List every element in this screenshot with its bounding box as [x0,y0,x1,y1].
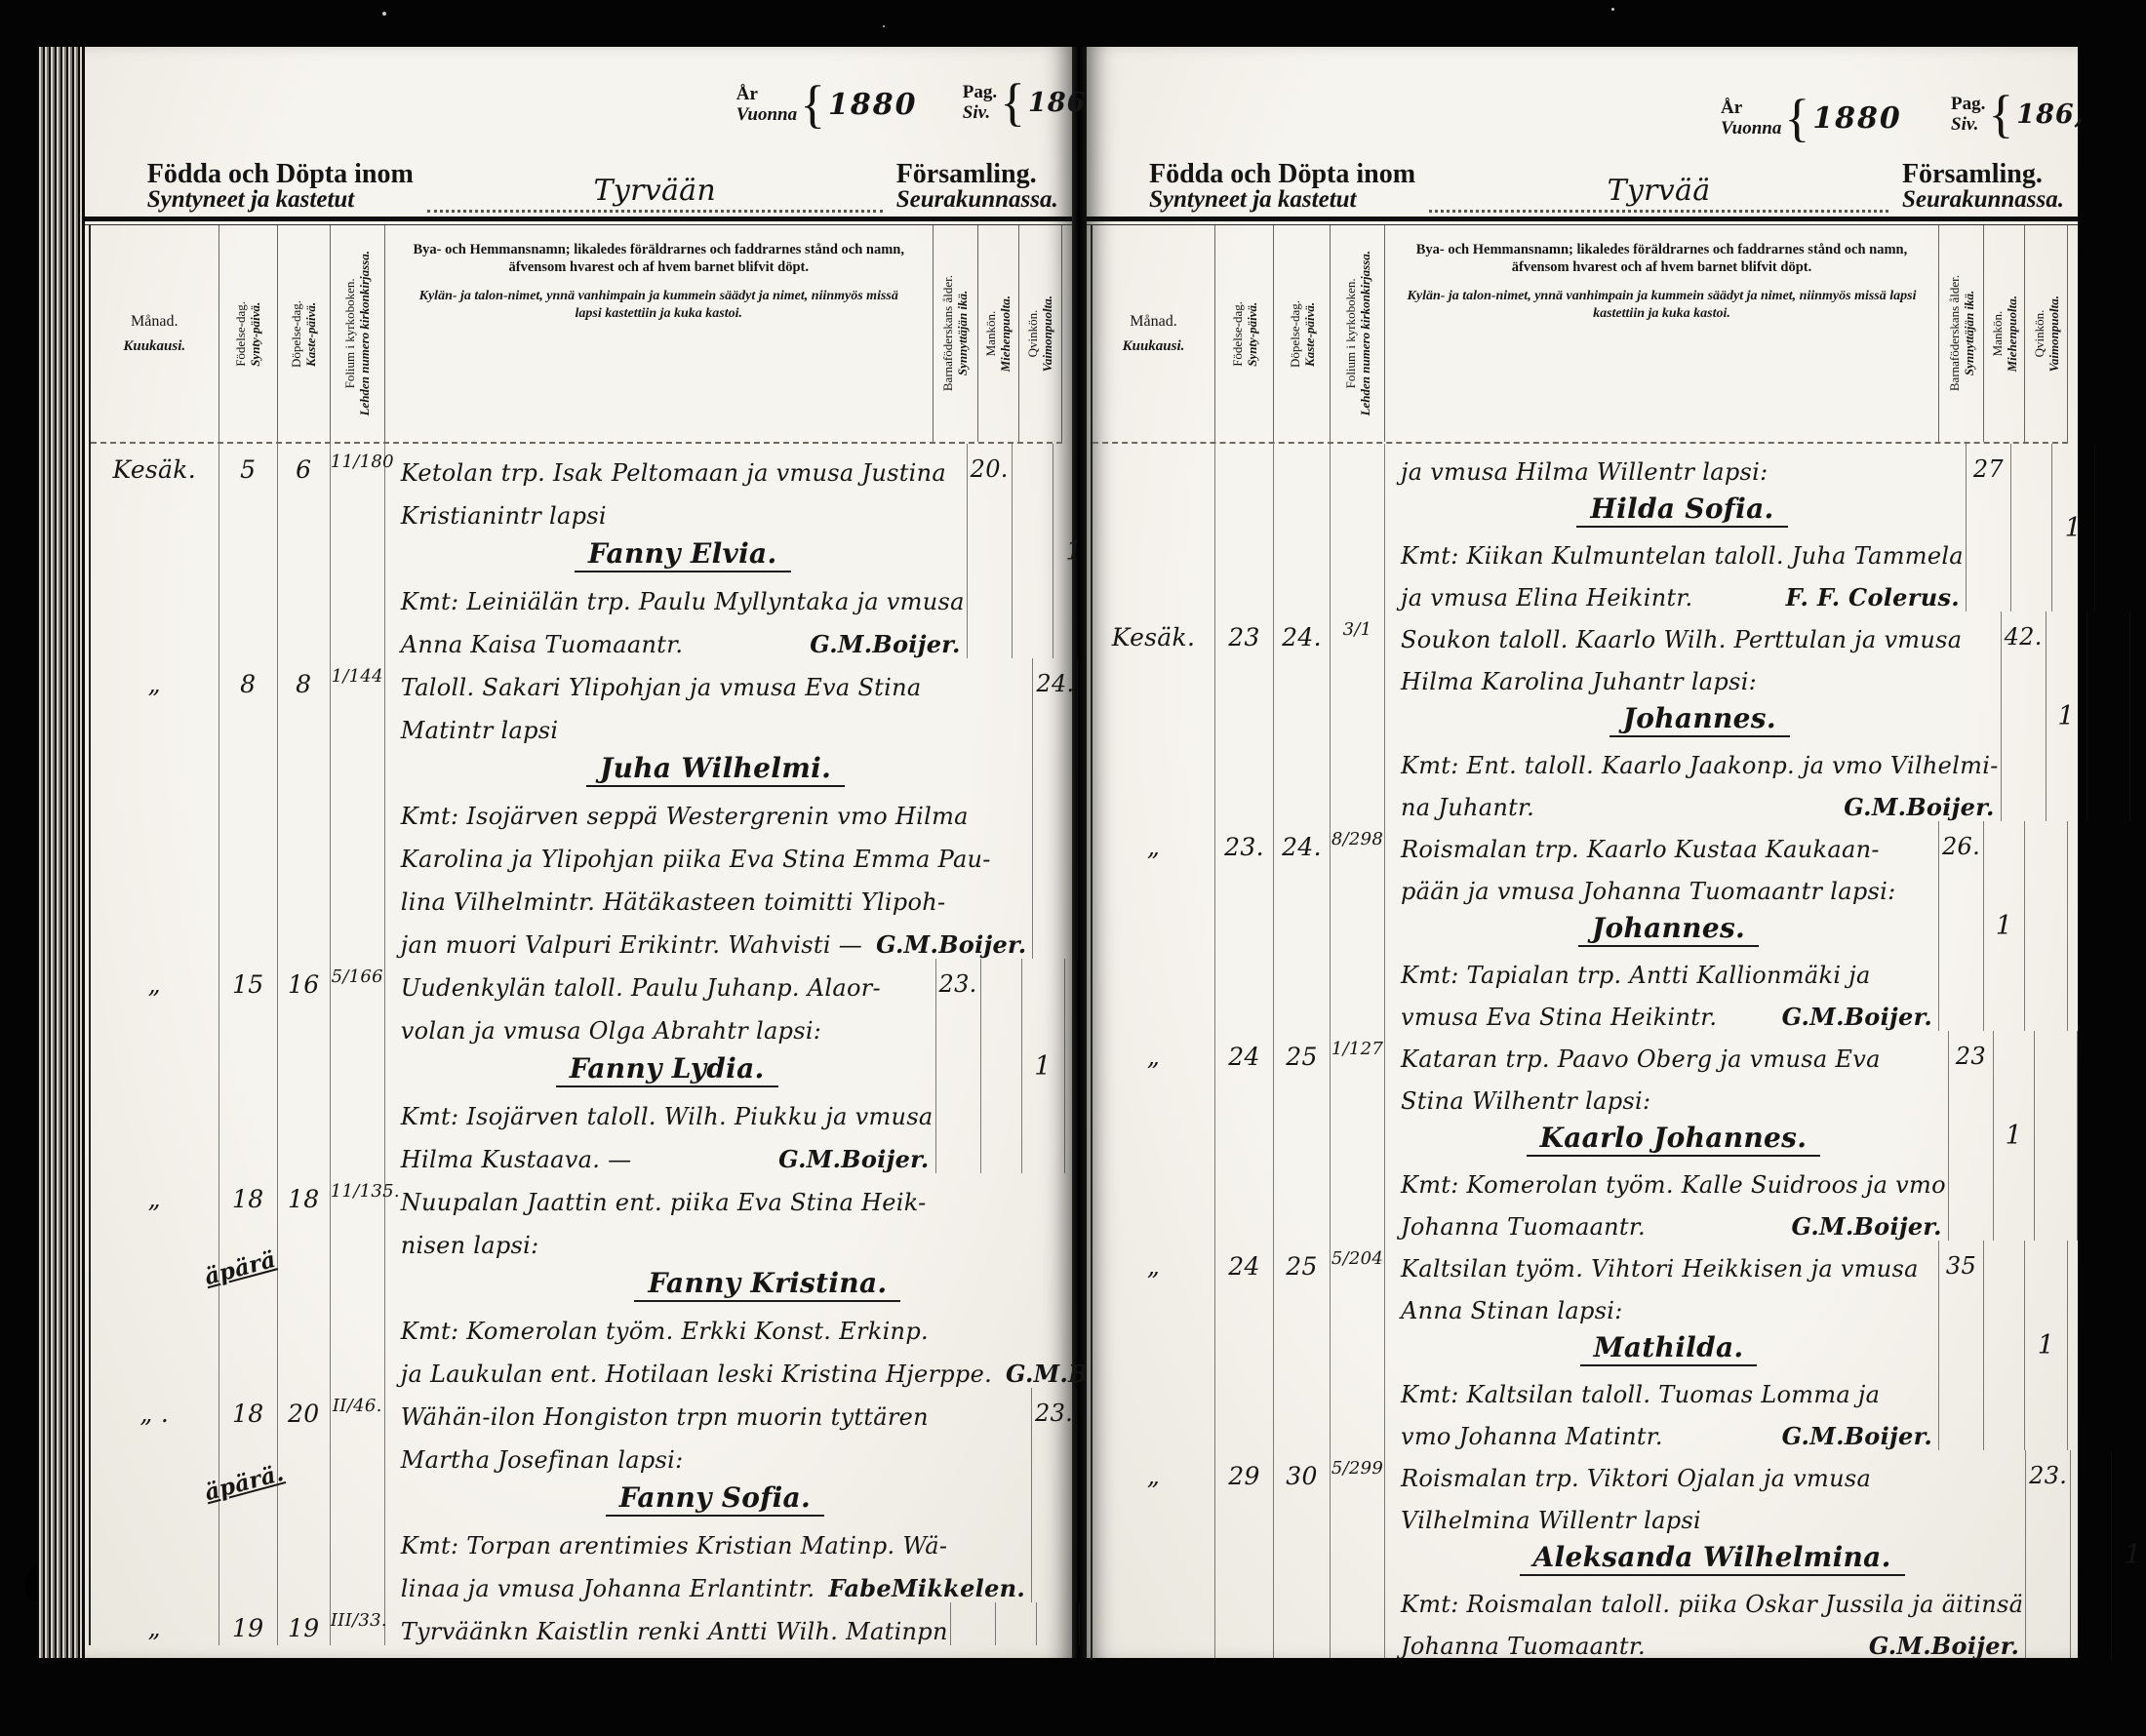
col-age-sv: Barnaföderskans ålder. [1947,275,1962,391]
entry-line: Ketolan trp. Isak Peltomaan ja vmusa Jus… [401,444,965,487]
page-number-labels: Pag. Siv. [963,82,997,123]
entry-main-text: Ketolan trp. Isak Peltomaan ja vmusa Jus… [385,444,968,658]
col-header-baptism-day: Döpelse-dag. Kaste-päivä. [1274,225,1331,442]
register-entry-row: ja vmusa Hilma Willentr lapsi:Hilda Sofi… [1093,444,2068,612]
entry-line: ja Laukulan ent. Hotilaan leski Kristina… [401,1345,1134,1388]
year-label-sv: År [1721,98,1781,118]
entry-female-tally: 1 [1022,959,1065,1173]
col-header-month: Månad. Kuukausi. [1093,225,1215,442]
vertical-label: Födelse-dag. Synty-päivä. [233,301,262,367]
entry-line-text: Kaarlo Johannes. [1527,1122,1821,1157]
entry-main-text: Roismalan trp. Kaarlo Kustaa Kaukaan-pää… [1385,821,1939,1031]
scan-speck [883,25,885,27]
table-header: Månad. Kuukausi. Födelse-dag. Synty-päiv… [1093,225,2068,444]
col-male-sv: Mankön. [1990,296,2005,372]
entry-month: „ [1093,1031,1215,1241]
entry-baptism-day: 25 [1274,1031,1331,1241]
year-label-fi: Vuonna [736,104,797,125]
entry-baptism-day: 16 [278,959,331,1173]
entry-line: Karolina ja Ylipohjan piika Eva Stina Em… [401,830,1031,873]
vertical-label: Barnaföderskans ålder. Synnyttäjän ikä. [940,275,970,391]
entry-line: Kmt: Torpan arentimies Kristian Matinp. … [401,1517,1029,1559]
col-folio-sv: Folium i kyrkoboken. [1343,251,1358,415]
col-female-fi: Vaimonpuolta. [2047,296,2061,372]
entry-line: Nuupalan Jaattin ent. piika Eva Stina He… [401,1173,1134,1216]
entry-mother-age: 42. [2002,612,2047,821]
col-birth-sv: Födelse-dag. [233,301,248,367]
title-fi: Syntyneet ja kastetut [1149,187,1415,213]
entry-line-text: Kristianintr lapsi [401,502,607,530]
vertical-label: Mankön. Miehenpuolta. [983,296,1013,372]
entry-line: Kmt: Komerolan työm. Erkki Konst. Erkinp… [401,1302,1134,1345]
entry-line-signature: FabeMikkelen. [828,1574,1029,1602]
entry-line: Juha Wilhelmi. [401,744,1031,787]
heavy-rule [85,217,1072,225]
entry-mother-age: 24. [1033,658,1078,959]
entry-line: pään ja vmusa Johanna Tuomaantr lapsi: [1401,863,1936,905]
vertical-label: Döpelse-dag. Kaste-päivä. [1288,300,1317,368]
entry-month: „ [91,658,219,959]
entry-female-tally [2025,821,2068,1031]
right-page: År Vuonna 1880 Pag. Siv. 186, Födda och … [1087,47,2078,1658]
parish-blank-line: Tyrvään [427,165,883,213]
entry-line-text: Hilda Sofia. [1576,493,1787,528]
col-age-sv: Barnaföderskans ålder. [940,275,955,391]
entry-line: Mathilda. [1401,1324,1936,1366]
entry-line: Anna Kaisa Tuomaantr.G.M.Boijer. [401,615,965,658]
entry-main-text: Kataran trp. Paavo Oberg ja vmusa EvaSti… [1385,1031,1949,1241]
table-header: Månad. Kuukausi. Födelse-dag. Synty-päiv… [91,225,1062,444]
year-value: 1880 [1812,101,1902,136]
entry-month [1093,444,1215,612]
entry-line-text: Karolina ja Ylipohjan piika Eva Stina Em… [401,846,991,873]
entry-baptism-day: 30 [1274,1450,1331,1660]
entry-male-tally: 1 [2047,612,2087,821]
entry-line: Soukon taloll. Kaarlo Wilh. Perttulan ja… [1401,612,1999,653]
entry-line: linaa ja vmusa Johanna Erlantintr.FabeMi… [401,1559,1029,1602]
col-folio-sv: Folium i kyrkoboken. [342,251,357,415]
entry-folio-ref: II/46. [331,1388,385,1602]
col-folio-fi: Lehden numero kirkonkirjassa. [1358,251,1372,415]
entry-main-text: Soukon taloll. Kaarlo Wilh. Perttulan ja… [1385,612,2002,821]
title-left: Födda och Döpta inom Syntyneet ja kastet… [147,162,414,213]
entry-male-tally [2011,444,2052,612]
entry-line: Hilma Kustaava. —G.M.Boijer. [401,1130,934,1173]
entry-line: Kmt: Isojärven seppä Westergrenin vmo Hi… [401,787,1031,830]
entry-line: vmo Johanna Matintr.G.M.Boijer. [1401,1408,1936,1450]
col-header-description: Bya- och Hemmansnamn; likaledes föräldra… [385,225,934,442]
col-header-male: Mankön. Miehenpuolta. [978,225,1019,442]
entry-line-text: Johannes. [1609,702,1790,737]
entry-line: Kmt: Kiikan Kulmuntelan taloll. Juha Tam… [1401,528,1964,570]
scan-speck [1611,8,1614,11]
entry-line-text: Martha Josefinan lapsi: [401,1446,684,1474]
entry-line-text: Johanna Tuomaantr. [1401,1213,1646,1241]
entry-line: Kaarlo Johannes. [1401,1115,1946,1157]
brace-glyph [800,80,825,129]
col-header-birth-day: Födelse-dag. Synty-päivä. [1215,225,1274,442]
col-month-fi: Kuukausi. [1093,338,1214,355]
col-header-male: Mankön. Miehenpuolta. [1984,225,2025,442]
entry-line-signature: G.M.Boijer. [1869,1632,2023,1660]
entry-folio-ref: 11/135. [331,1173,385,1388]
entry-line-text: Vilhelmina Willentr lapsi [1401,1507,1701,1534]
entry-line: Johannes. [1401,905,1936,947]
vertical-label: Födelse-dag. Synty-päivä. [1230,301,1259,367]
col-header-folio: Folium i kyrkoboken. Lehden numero kirko… [331,225,385,442]
parish-label-sv: Församling. [1902,162,2064,187]
col-birth-sv: Födelse-dag. [1230,301,1245,367]
entry-line: Fanny Sofia. [401,1474,1029,1517]
col-header-female: Qvinkön. Vaimonpuolta. [2025,225,2068,442]
register-entry-row: „ 23. 24. 8/298 Roismalan trp. Kaarlo Ku… [1093,821,2068,1031]
col-header-folio: Folium i kyrkoboken. Lehden numero kirko… [1331,225,1385,442]
entry-line-signature: G.M.Boijer. [1782,1422,1936,1450]
entry-line-text: Kmt: Kaltsilan taloll. Tuomas Lomma ja [1401,1381,1880,1408]
entry-line-signature: G.M.Boijer. [810,630,964,658]
register-entry-row: äpärä. „ . 18 20 II/46. Wähän-ilon Hongi… [91,1388,1062,1602]
entry-baptism-day: 24. [1274,612,1331,821]
col-month-sv: Månad. [91,313,219,331]
col-header-mother-age: Barnaföderskans ålder. Synnyttäjän ikä. [1939,225,1984,442]
entry-baptism-day: 24. [1274,821,1331,1031]
entry-line-text: Johannes. [1578,912,1759,947]
register-entry-row: „ 29 30 5/299 Roismalan trp. Viktori Oja… [1093,1450,2068,1660]
register-entry-row: „ 15 16 5/166 Uudenkylän taloll. Paulu J… [91,959,1062,1173]
entry-line: Kmt: Roismalan taloll. piika Oskar Jussi… [1401,1576,2023,1618]
entry-line: Johannes. [1401,695,1999,737]
entry-line: Hilma Karolina Juhantr lapsi: [1401,653,1999,695]
register-entry-row: „ 24 25 5/204 Kaltsilan työm. Vihtori He… [1093,1241,2068,1450]
col-header-baptism-day: Döpelse-dag. Kaste-päivä. [278,225,331,442]
entry-line-text: Taloll. Sakari Ylipohjan ja vmusa Eva St… [401,674,922,701]
entry-folio-ref: 8/298 [1331,821,1385,1031]
entry-mother-age: 27 [1967,444,2011,612]
entry-line: nisen lapsi: [401,1216,1134,1259]
entry-line-text: Roismalan trp. Viktori Ojalan ja vmusa [1401,1465,1871,1492]
entry-male-tally: 1 [1984,821,2025,1031]
entry-line: Hilda Sofia. [1401,486,1964,528]
title-right: Församling. Seurakunnassa. [896,162,1058,213]
entry-line-signature: G.M.Boijer. [778,1145,933,1173]
entry-male-tally [2071,1450,2112,1660]
entry-birth-day: 8 [219,658,278,959]
col-female-sv: Qvinkön. [2032,296,2047,372]
entry-line-text: Ketolan trp. Isak Peltomaan ja vmusa Jus… [401,459,946,487]
entry-line-signature: G.M.Boijer. [876,930,1030,959]
entry-male-tally [981,959,1022,1173]
col-month-fi: Kuukausi. [91,338,219,355]
page-number-block: Pag. Siv. 186, [1951,90,2085,138]
register-entry-row: Kesäk. 5 6 11/180 Ketolan trp. Isak Pelt… [91,444,1062,658]
col-header-month: Månad. Kuukausi. [91,225,219,442]
entry-baptism-day: 25 [1274,1241,1331,1450]
entry-line: lina Vilhelmintr. Hätäkasteen toimitti Y… [401,873,1031,916]
col-male-fi: Miehenpuolta. [998,296,1013,372]
entry-male-tally [1013,444,1053,658]
entry-line-text: Kmt: Komerolan työm. Erkki Konst. Erkinp… [401,1318,929,1345]
brace-glyph [1784,94,1809,142]
entry-line-text: pään ja vmusa Johanna Tuomaantr lapsi: [1401,878,1895,905]
register-table: Månad. Kuukausi. Födelse-dag. Synty-päiv… [89,225,1062,1645]
register-book-spread: År Vuonna 1880 Pag. Siv. 186 Födda och D… [37,47,2078,1658]
col-female-sv: Qvinkön. [1025,296,1040,372]
entry-line: ja vmusa Elina Heikintr.F. F. Colerus. [1401,570,1964,612]
year-block: År Vuonna 1880 [1721,94,1902,142]
entry-line: Anna Stinan lapsi: [1401,1282,1936,1324]
entry-month: „ [91,1173,219,1388]
entry-mother-age: 35 [1939,1241,1984,1450]
page-number-labels: Pag. Siv. [1951,94,1985,135]
entry-female-tally [2035,1031,2078,1241]
register-entry-row: äpärä „ 18 18 11/135. Nuupalan Jaattin e… [91,1173,1062,1388]
entry-line: na Juhantr.G.M.Boijer. [1401,779,1999,821]
entry-line-text: Kmt: Tapialan trp. Antti Kallionmäki ja [1401,962,1871,989]
entry-main-text: Uudenkylän taloll. Paulu Juhanp. Alaor-v… [385,959,936,1173]
year-value: 1880 [828,88,918,122]
col-birth-fi: Synty-päivä. [1245,301,1259,367]
vertical-label: Folium i kyrkoboken. Lehden numero kirko… [342,251,372,415]
col-age-fi: Synnyttäjän ikä. [1962,275,1976,391]
title-sv: Födda och Döpta inom [147,162,414,187]
entry-birth-day: 24 [1215,1241,1274,1450]
entry-folio-ref: 5/299 [1331,1450,1385,1660]
entry-line-text: vmo Johanna Matintr. [1401,1423,1663,1450]
entry-main-text: ja vmusa Hilma Willentr lapsi:Hilda Sofi… [1385,444,1967,612]
entry-month: Kesäk. [1093,612,1215,821]
entry-line: Kristianintr lapsi [401,487,965,530]
entry-line-text: Fanny Sofia. [606,1481,824,1517]
entry-main-text: Nuupalan Jaattin ent. piika Eva Stina He… [385,1173,1137,1388]
entry-line: Kataran trp. Paavo Oberg ja vmusa Eva [1401,1031,1946,1073]
col-female-fi: Vaimonpuolta. [1040,296,1054,372]
entry-line-text: jan muori Valpuri Erikintr. Wahvisti — [401,931,862,959]
entry-baptism-day: 6 [278,444,331,658]
page-number-block: Pag. Siv. 186 [963,78,1087,127]
entry-line: Kmt: Leiniälän trp. Paulu Myllyntaka ja … [401,572,965,615]
entry-line-text: Stina Wilhentr lapsi: [1401,1087,1650,1115]
entry-female-tally: 1 [2025,1241,2068,1450]
entry-folio-ref: III/33. [331,1602,385,1645]
entry-line: Fanny Elvia. [401,530,965,572]
entry-line-text: Mathilda. [1580,1331,1758,1366]
entry-birth-day: 24 [1215,1031,1274,1241]
entry-line-text: Fanny Kristina. [634,1267,900,1302]
entry-baptism-day: 18 [278,1173,331,1388]
entry-line: Tyrväänkn Kaistlin renki Antti Wilh. Mat… [401,1602,948,1645]
title-fi: Syntyneet ja kastetut [147,187,414,213]
entry-line-text: volan ja vmusa Olga Abrahtr lapsi: [401,1017,821,1045]
entry-line-text: vmusa Eva Stina Heikintr. [1401,1004,1717,1031]
title-right: Församling. Seurakunnassa. [1902,162,2064,213]
entry-line-text: Kmt: Kiikan Kulmuntelan taloll. Juha Tam… [1401,542,1964,570]
entry-baptism-day: 20 [278,1388,331,1602]
parish-label-fi: Seurakunnassa. [896,187,1058,213]
entry-line-text: Aleksanda Wilhelmina. [1520,1541,1905,1576]
entry-mother-age: 23 [1949,1031,1994,1241]
entry-line-text: ja vmusa Hilma Willentr lapsi: [1401,458,1768,486]
entry-line-signature: F. F. Colerus. [1786,583,1964,612]
vertical-label: Döpelse-dag. Kaste-päivä. [289,300,318,368]
entry-mother-age: 26. [1939,821,1984,1031]
entry-line-text: Fanny Elvia. [575,537,791,572]
entry-line: Vilhelmina Willentr lapsi [1401,1492,2023,1534]
col-main-sv: Bya- och Hemmansnamn; likaledes föräldra… [1407,241,1917,276]
left-page-head: År Vuonna 1880 Pag. Siv. 186 [85,47,1072,162]
col-header-description: Bya- och Hemmansnamn; likaledes föräldra… [1385,225,1939,442]
col-main-fi: Kylän- ja talon-nimet, ynnä vanhimpain j… [407,288,911,323]
entry-line-text: Tyrväänkn Kaistlin renki Antti Wilh. Mat… [401,1618,948,1645]
entry-birth-day: 19 [219,1602,278,1645]
title-row: Födda och Döpta inom Syntyneet ja kastet… [1087,162,2078,217]
entry-line: Aleksanda Wilhelmina. [1401,1534,2023,1576]
entry-line: volan ja vmusa Olga Abrahtr lapsi: [401,1002,934,1045]
entry-line-signature: G.M.Boijer. [1844,793,1998,821]
entry-line-text: Anna Stinan lapsi: [1401,1297,1623,1324]
right-page-head: År Vuonna 1880 Pag. Siv. 186, [1087,47,2078,162]
title-sv: Födda och Döpta inom [1149,162,1415,187]
entry-line-text: Kmt: Ent. taloll. Kaarlo Jaakonp. ja vmo… [1401,752,1999,779]
entry-line: Kmt: Tapialan trp. Antti Kallionmäki ja [1401,947,1936,989]
entry-line-text: na Juhantr. [1401,794,1534,821]
col-header-birth-day: Födelse-dag. Synty-päivä. [219,225,278,442]
register-entry-row: „ 8 8 1/144 Taloll. Sakari Ylipohjan ja … [91,658,1062,959]
parish-label-fi: Seurakunnassa. [1902,187,2064,213]
parish-label-sv: Församling. [896,162,1058,187]
year-label-sv: År [736,84,797,104]
page-label-fi: Siv. [963,102,997,123]
title-left: Födda och Döpta inom Syntyneet ja kastet… [1149,162,1415,213]
entry-line-text: ja Laukulan ent. Hotilaan leski Kristina… [401,1361,992,1388]
entry-line: Johanna Tuomaantr.G.M.Boijer. [1401,1199,1946,1241]
entry-line-text: Kmt: Isojärven taloll. Wilh. Piukku ja v… [401,1103,934,1130]
entry-line-text: Hilma Kustaava. — [401,1146,632,1173]
col-main-sv: Bya- och Hemmansnamn; likaledes föräldra… [407,241,911,276]
entry-main-text: Tyrväänkn Kaistlin renki Antti Wilh. Mat… [385,1602,951,1645]
vertical-label: Barnaföderskans ålder. Synnyttäjän ikä. [1947,275,1976,391]
entry-male-tally: 1 [1994,1031,2035,1241]
entry-folio-ref: 5/204 [1331,1241,1385,1450]
entry-line-text: linaa ja vmusa Johanna Erlantintr. [401,1575,815,1602]
brace-glyph [1000,78,1025,127]
col-male-fi: Miehenpuolta. [2005,296,2019,372]
entry-line-text: ja vmusa Elina Heikintr. [1401,584,1692,612]
entry-male-tally [996,1602,1037,1645]
col-main-fi: Kylän- ja talon-nimet, ynnä vanhimpain j… [1407,288,1917,323]
entry-mother-age: 20. [968,444,1013,658]
entry-line-text: Wähän-ilon Hongiston trpn muorin tyttäre… [401,1403,929,1431]
parish-name-handwritten: Tyrvään [594,174,716,210]
vertical-label: Mankön. Miehenpuolta. [1990,296,2019,372]
register-entry-row: „ 19 19 III/33. Tyrväänkn Kaistlin renki… [91,1602,1062,1645]
entry-month: „ . [91,1388,219,1602]
left-page: År Vuonna 1880 Pag. Siv. 186 Födda och D… [85,47,1072,1658]
entry-month: „ [91,1602,219,1645]
col-header-female: Qvinkön. Vaimonpuolta. [1019,225,1062,442]
entry-line: Roismalan trp. Kaarlo Kustaa Kaukaan- [1401,821,1936,863]
entry-month: Kesäk. [91,444,219,658]
entry-female-tally: 1 [2052,444,2095,612]
entry-mother-age: 23. [1032,1388,1077,1602]
entry-line: Kmt: Komerolan työm. Kalle Suidroos ja v… [1401,1157,1946,1199]
vertical-label: Folium i kyrkoboken. Lehden numero kirko… [1343,251,1372,415]
col-folio-fi: Lehden numero kirkonkirjassa. [357,251,372,415]
entry-mother-age: 23. [936,959,981,1173]
entry-main-text: Wähän-ilon Hongiston trpn muorin tyttäre… [385,1388,1032,1602]
entry-line-signature: G.M.Boijer. [1782,1003,1936,1031]
entry-mother-age [951,1602,996,1645]
entry-month: „ [1093,821,1215,1031]
register-table: Månad. Kuukausi. Födelse-dag. Synty-päiv… [1091,225,2068,1660]
col-header-mother-age: Barnaföderskans ålder. Synnyttäjän ikä. [934,225,978,442]
entry-female-tally [2087,612,2130,821]
entry-month: „ [1093,1450,1215,1660]
entry-mother-age: 23. [2026,1450,2071,1660]
entry-line: Kaltsilan työm. Vihtori Heikkisen ja vmu… [1401,1241,1936,1282]
entry-line-text: Kataran trp. Paavo Oberg ja vmusa Eva [1401,1046,1881,1073]
entry-line-text: Kmt: Leiniälän trp. Paulu Myllyntaka ja … [401,588,965,615]
entry-line-text: nisen lapsi: [401,1232,539,1259]
entry-line: Stina Wilhentr lapsi: [1401,1073,1946,1115]
entry-line: Kmt: Kaltsilan taloll. Tuomas Lomma ja [1401,1366,1936,1408]
table-body: ja vmusa Hilma Willentr lapsi:Hilda Sofi… [1093,444,2068,1660]
entry-baptism-day: 19 [278,1602,331,1645]
entry-line: Fanny Lydia. [401,1045,934,1087]
entry-birth-day [1215,444,1274,612]
entry-line-text: Kaltsilan työm. Vihtori Heikkisen ja vmu… [1401,1255,1919,1282]
col-bapt-sv: Döpelse-dag. [1288,300,1302,368]
col-bapt-sv: Döpelse-dag. [289,300,303,368]
entry-line: Kmt: Ent. taloll. Kaarlo Jaakonp. ja vmo… [1401,737,1999,779]
entry-folio-ref: 1/127 [1331,1031,1385,1241]
entry-line-text: Kmt: Isojärven seppä Westergrenin vmo Hi… [401,803,969,830]
year-block: År Vuonna 1880 [736,80,918,129]
book-spine-page-edges [37,47,85,1658]
parish-blank-line: Tyrvää [1429,165,1888,213]
entry-line: ja vmusa Hilma Willentr lapsi: [1401,444,1964,486]
entry-line-text: Juha Wilhelmi. [586,752,845,787]
page-number-value: 186 [1028,88,1086,118]
year-labels: År Vuonna [736,84,797,125]
entry-line-text: Soukon taloll. Kaarlo Wilh. Perttulan ja… [1401,626,1962,653]
year-labels: År Vuonna [1721,98,1781,138]
vertical-label: Qvinkön. Vaimonpuolta. [2032,296,2061,372]
entry-line-signature: G.M.Boijer. [1791,1212,1945,1241]
entry-birth-day: 29 [1215,1450,1274,1660]
entry-line-text: Hilma Karolina Juhantr lapsi: [1401,668,1757,695]
entry-birth-day: 15 [219,959,278,1173]
col-birth-fi: Synty-päivä. [248,301,262,367]
entry-main-text: Taloll. Sakari Ylipohjan ja vmusa Eva St… [385,658,1034,959]
col-age-fi: Synnyttäjän ikä. [955,275,970,391]
entry-line: Roismalan trp. Viktori Ojalan ja vmusa [1401,1450,2023,1492]
page-number-value: 186, [2016,99,2085,130]
entry-folio-ref: 1/144 [331,658,385,959]
col-bapt-fi: Kaste-päivä. [303,300,318,368]
entry-line-text: Anna Kaisa Tuomaantr. [401,631,684,658]
vertical-label: Qvinkön. Vaimonpuolta. [1025,296,1054,372]
register-entry-row: „ 24 25 1/127 Kataran trp. Paavo Oberg j… [1093,1031,2068,1241]
year-label-fi: Vuonna [1721,118,1781,138]
entry-line-text: Johanna Tuomaantr. [1401,1633,1646,1660]
entry-male-tally [1984,1241,2025,1450]
entry-line: vmusa Eva Stina Heikintr.G.M.Boijer. [1401,989,1936,1031]
entry-line-text: Matintr lapsi [401,717,559,744]
col-male-sv: Mankön. [983,296,998,372]
entry-main-text: Roismalan trp. Viktori Ojalan ja vmusaVi… [1385,1450,2026,1660]
entry-birth-day: 23 [1215,612,1274,821]
entry-baptism-day: 8 [278,658,331,959]
